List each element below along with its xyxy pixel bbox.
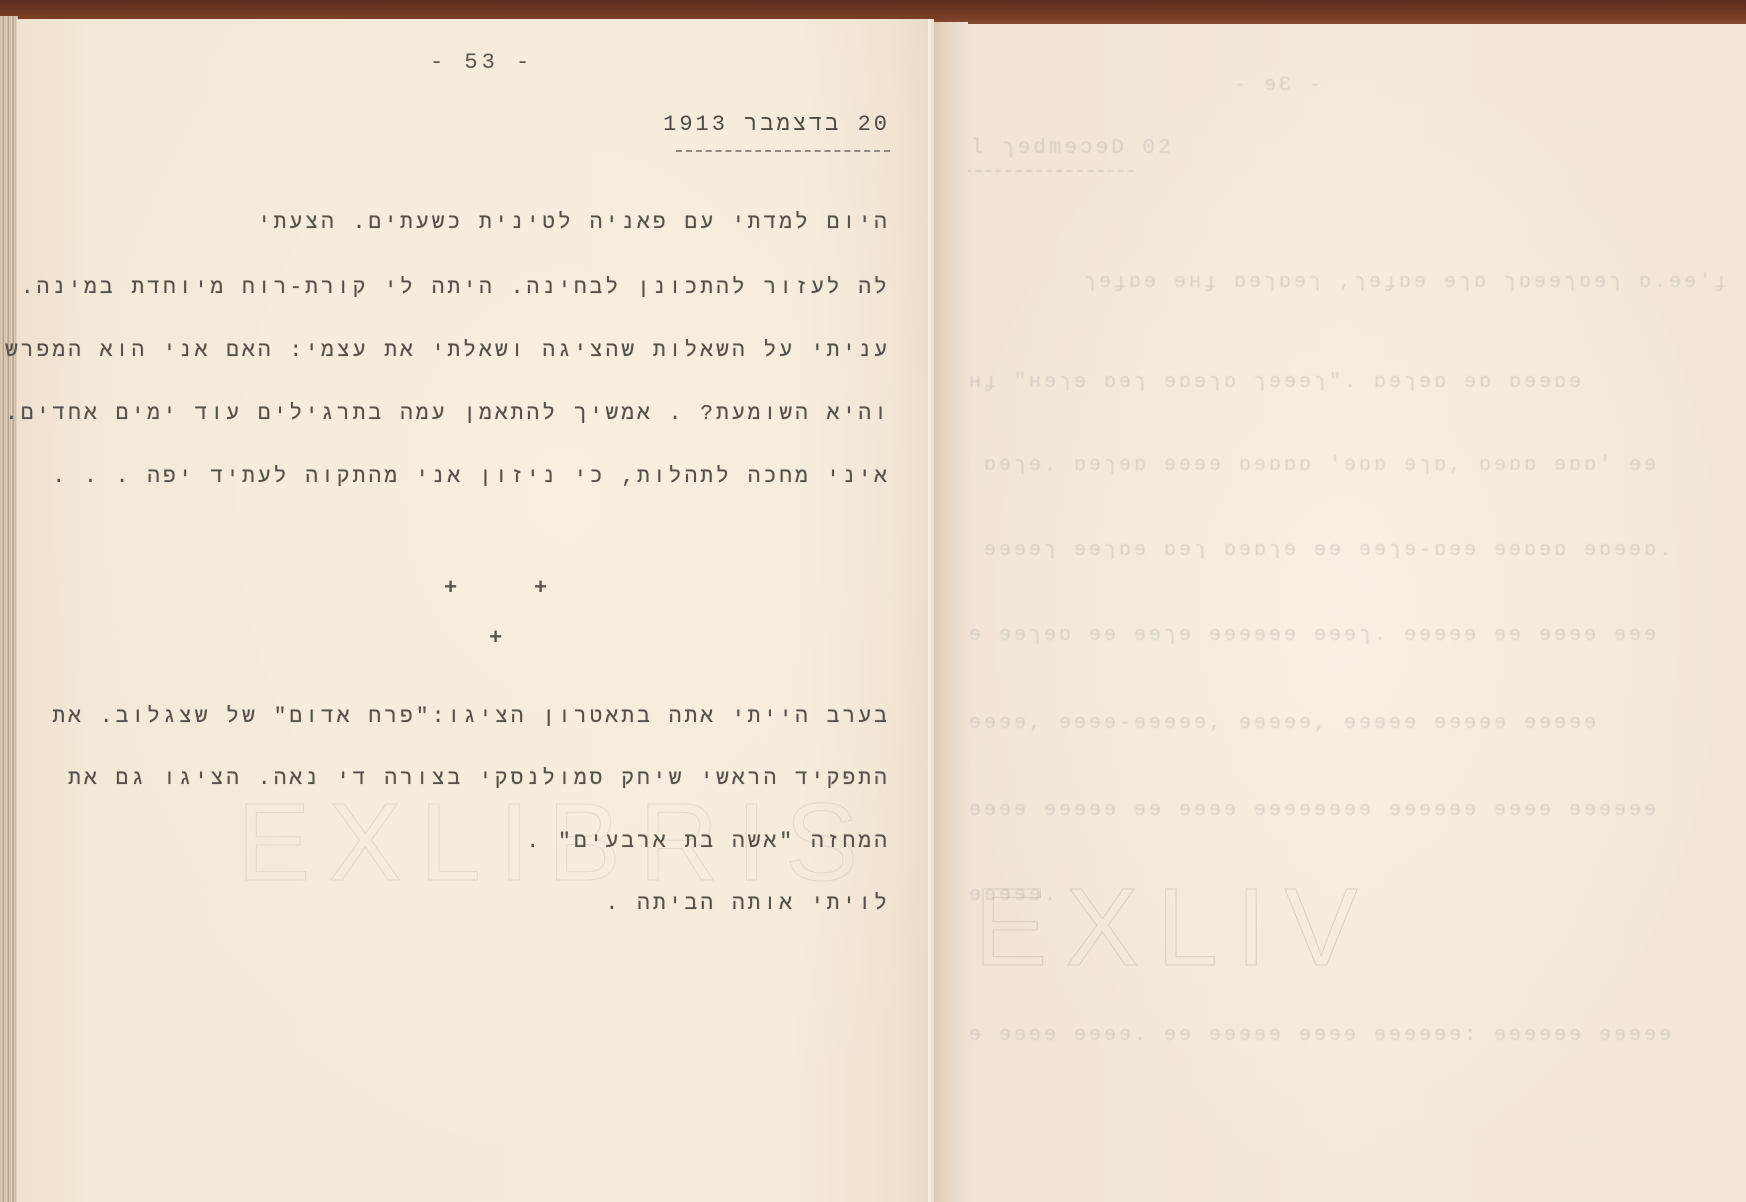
left-page: EXLIBRIS	[17, 19, 930, 1202]
book-gutter-shadow	[932, 22, 968, 1202]
paragraph-1-line-4: והיא השומעת? . אמשיך להתאמן עמה בתרגילים…	[5, 403, 890, 426]
ghost-bookplate-emboss: EXLIV	[974, 864, 1376, 991]
page-number: - 53 -	[430, 50, 533, 75]
ghost-page-number: - ɘƐ -	[1234, 74, 1324, 97]
ghost-line: ɘɘɘɘɘɘɘ ɘɘɘɘɘ ɘɘ ɘɘɘɘ ɘɘɘɘɘɘɘɘ ɘɘɘɘɘɘ ɘɘ…	[924, 799, 1659, 822]
paragraph-1-line-5: איני מחכה לתהלות, כי ניזון אני מהתקוה לע…	[52, 466, 890, 489]
paragraph-1-line-3: עניתי על השאלות שהציגה ושאלתי את עצמי: ה…	[5, 340, 890, 363]
ghost-line: ɿɘɟɒɘ ɘʜɟ ɒɘɿɒɘɿ ,ɿɘɟɒɘ ɘɿɒ ɿɒɘɘɿɒɘɿ ɒ.ɘ…	[1084, 271, 1729, 294]
right-page: - ɘƐ - ƐƖϱƖ ɿɘdmɘɔɘD 02 ɿɘɟɒɘ ɘʜɟ ɒɘɿɒɘɿ…	[934, 24, 1746, 1202]
separator-plus: +	[444, 576, 457, 601]
ghost-line: ɿɘɒʜɟ "ʜɘɿɘ ɒɘɿ ɘɒɘɿɒ ɿɘɘɘɿ". ɒɘɿɘɒ ɘɒ ɒ…	[924, 371, 1584, 394]
ghost-line: ɒɘ' ɒɘɿɘ. ɒɘɿɘɒ ɘɘɘɘ ɒɘɒɒɒ 'ɘɒɒ ɘɿɒ, ɒɘɒ…	[924, 454, 1659, 477]
ghost-line: ɒɘɘ ɘɘɘɘɿ ɘɘɿɒɘ ɒɘɿ ɒɘɒɿɘ ɘɘ ɘɘɿɘ-ɒɘɘ ɘɘ…	[924, 539, 1674, 562]
ghost-line: ɘɘɘɘɘɘɘ, ɘɘɘɘ-ɘɘɘɘɘ, ɘɘɘɘɘ, ɘɘɘɘɘ ɘɘɘɘɘ …	[924, 712, 1599, 735]
ghost-line: ɘɘɘɘ ɘɘɘɘ ɘɘɘɘ. ɘɘ ɘɘɘɘɘ ɘɘɘɘ ɘɘɘɘɘɘ: ɘɘ…	[924, 1024, 1674, 1047]
page-stack-edge	[0, 16, 18, 1202]
entry-date: 20 בדצמבר 1913	[663, 112, 890, 137]
paragraph-1-line-1: היום למדתי עם פאניה לטינית כשעתים. הצעתי	[258, 212, 890, 235]
paragraph-1-line-2: לה לעזור להתכונן לבחינה. היתה לי קורת-רו…	[21, 277, 890, 300]
paragraph-2-line-2: התפקיד הראשי שיחק סמולנסקי בצורה די נאה.…	[68, 768, 890, 791]
separator-plus: +	[489, 626, 502, 651]
separator-plus: +	[534, 576, 547, 601]
paragraph-2-line-1: בערב הייתי אתה בתאטרון הציגו:"פרח אדום" …	[52, 706, 890, 729]
paragraph-2-line-3: המחזה "אשה בת ארבעים" .	[527, 831, 890, 854]
left-page-edge	[928, 19, 934, 1202]
date-underline	[676, 150, 890, 152]
paragraph-2-line-4: לויתי אותה הביתה .	[606, 893, 890, 916]
ghost-line: ɘɘɘɘ ɘɘɿɘɒ ɘɘ ɘɘɿɘ ɘɘɘɘɘɘ ɘɘɘɿ. ɘɘɘɘɘ ɘɘ…	[924, 624, 1659, 647]
